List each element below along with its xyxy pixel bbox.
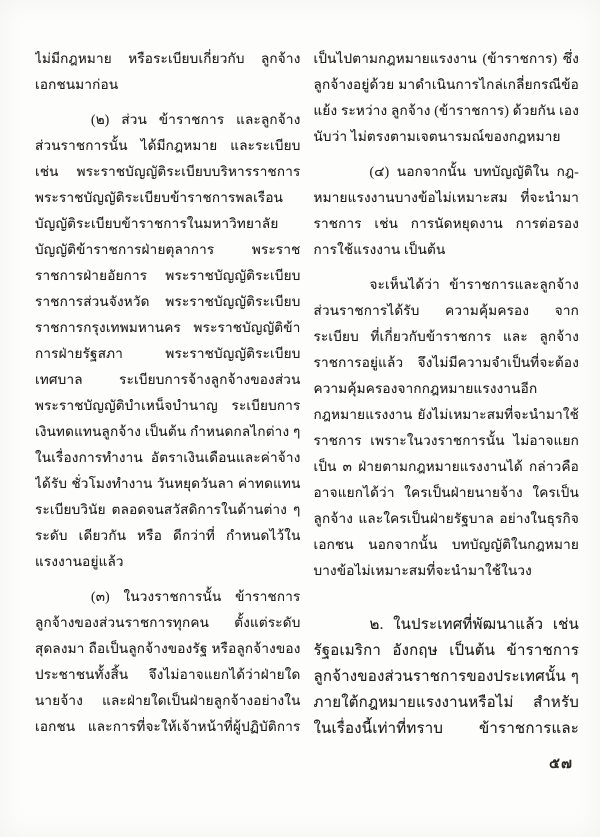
text-line: (๔) นอกจากนั้น บทบัญญัติใน กฎ-: [314, 159, 580, 185]
text-line: การใช้แรงงาน เป็นต้น: [314, 237, 580, 263]
text-line: ไม่มีกฎหมาย หรือระเบียบเกี่ยวกับ ลูกจ้าง…: [35, 46, 301, 72]
text-line: ในเรื่องการทำงาน อัตราเงินเดือนและค่าจ้า…: [35, 445, 301, 471]
text-line: เป็น ๓ ฝ่ายตามกฎหมายแรงงานได้ กล่าวคือ ไ…: [314, 454, 580, 480]
text-line: บัญญัติข้าราชการฝ่ายตุลาการ พระราชบัญญัต…: [35, 237, 301, 263]
text-line: (๓) ในวงราชการนั้น ข้าราชการและ: [35, 584, 301, 610]
text-line: ราชการส่วนจังหวัด พระราชบัญญัติระเบียบข้…: [35, 289, 301, 315]
text-line: จะเห็นได้ว่า ข้าราชการและลูกจ้างของ: [314, 272, 580, 298]
paragraph: ไม่มีกฎหมาย หรือระเบียบเกี่ยวกับ ลูกจ้าง…: [35, 46, 301, 98]
text-line: เงินทดแทนลูกจ้าง เป็นต้น กำหนดกลไกต่าง ๆ: [35, 419, 301, 445]
text-line: ได้รับ ชั่วโมงทำงาน วันหยุดวันลา ค่าทดแท…: [35, 471, 301, 497]
text-line: เอกชน นอกจากนั้น บทบัญญัติในกฎหมายแรงงาน: [314, 532, 580, 558]
text-line: ๒. ในประเทศที่พัฒนาแล้ว เช่น สห-: [314, 612, 580, 638]
text-line: ราชการกรุงเทพมหานคร พระราชบัญญัติข้าราช-: [35, 315, 301, 341]
text-line: นับว่า ไม่ตรงตามเจตนารมณ์ของกฎหมายแรงงาน: [314, 124, 580, 150]
text-line: บางข้อไม่เหมาะสมที่จะนำมาใช้ในวงราชการ: [314, 558, 580, 584]
text-line: การฝ่ายรัฐสภา พระราชบัญญัติระเบียบพนักงา…: [35, 341, 301, 367]
text-line: แรงงานอยู่แล้ว: [35, 549, 301, 575]
text-line: พระราชบัญญัติระเบียบข้าราชการพลเรือน พระ…: [35, 185, 301, 211]
text-line: ในเรื่องนี้เท่าที่ทราบ ข้าราชการและลูกจ้…: [314, 716, 580, 742]
text-line: ระดับ เดียวกัน หรือ ดีกว่าที่ กำหนดไว้ใน…: [35, 523, 301, 549]
left-column: ไม่มีกฎหมาย หรือระเบียบเกี่ยวกับ ลูกจ้าง…: [35, 46, 301, 742]
text-line: ความคุ้มครองจากกฎหมายแรงงานอีก นอกจากนั้…: [314, 376, 580, 402]
text-line: (๒) ส่วน ข้าราชการ และลูกจ้าง ของ: [35, 107, 301, 133]
text-line: เอกชนมาก่อน: [35, 72, 301, 98]
text-line: ลูกจ้าง และใครเป็นฝ่ายรัฐบาล อย่างในธุรก…: [314, 506, 580, 532]
text-line: ราชการ เช่น การนัดหยุดงาน การต่อรองเกี่ย…: [314, 211, 580, 237]
text-line: อาจแยกได้ว่า ใครเป็นฝ่ายนายจ้าง ใครเป็นฝ…: [314, 480, 580, 506]
text-line: ระเบียบวินัย ตลอดจนสวัสดิการในด้านต่าง ๆ…: [35, 497, 301, 523]
page-number: ๕๗: [549, 752, 589, 775]
paragraph: จะเห็นได้ว่า ข้าราชการและลูกจ้างของส่วนร…: [314, 272, 580, 584]
text-line: ราชการฝ่ายอัยการ พระราชบัญญัติระเบียบบริ…: [35, 263, 301, 289]
text-line: กฎหมายแรงงาน ยังไม่เหมาะสมที่จะนำมาใช้ใน…: [314, 402, 580, 428]
text-line: แย้ง ระหว่าง ลูกจ้าง (ข้าราชการ) ด้วยกัน…: [314, 98, 580, 124]
text-line: ราชการอยู่แล้ว จึงไม่มีความจำเป็นที่จะต้…: [314, 350, 580, 376]
text-line: ราชการ เพราะในวงราชการนั้น ไม่อาจแยกออก: [314, 428, 580, 454]
text-line: นายจ้าง และฝ่ายใดเป็นฝ่ายลูกจ้างอย่างในธ…: [35, 688, 301, 714]
text-line: ลูกจ้างของส่วนราชการของประเทศนั้น ๆ อยู่: [314, 664, 580, 690]
paragraph: (๓) ในวงราชการนั้น ข้าราชการและลูกจ้างขอ…: [35, 584, 301, 740]
scanned-document-page: ไม่มีกฎหมาย หรือระเบียบเกี่ยวกับ ลูกจ้าง…: [0, 0, 600, 837]
text-line: ลูกจ้างของส่วนราชการทุกคน ตั้งแต่ระดับบร…: [35, 610, 301, 636]
text-line: หมายแรงงานบางข้อไม่เหมาะสม ที่จะนำมาใช้ใ…: [314, 185, 580, 211]
text-line: ส่วนราชการได้รับ ความคุ้มครอง จากกฎหมาย …: [314, 298, 580, 324]
text-line: เช่น พระราชบัญญัติระเบียบบริหารราชการแผ่…: [35, 159, 301, 185]
text-columns: ไม่มีกฎหมาย หรือระเบียบเกี่ยวกับ ลูกจ้าง…: [35, 46, 579, 742]
paragraph: ๒. ในประเทศที่พัฒนาแล้ว เช่น สห-รัฐอเมริ…: [314, 612, 580, 742]
text-line: รัฐอเมริกา อังกฤษ เป็นต้น ข้าราชการและ: [314, 638, 580, 664]
text-line: ภายใต้กฎหมายแรงงานหรือไม่ สำหรับปัญหา: [314, 690, 580, 716]
right-column: เป็นไปตามกฎหมายแรงงาน (ข้าราชการ) ซึ่งเป…: [314, 46, 580, 742]
text-line: สุดลงมา ถือเป็นลูกจ้างของรัฐ หรือลูกจ้าง…: [35, 636, 301, 662]
text-line: ลูกจ้างอยู่ด้วย มาดำเนินการไกล่เกลี่ยกรณ…: [314, 72, 580, 98]
text-line: เป็นไปตามกฎหมายแรงงาน (ข้าราชการ) ซึ่งเป…: [314, 46, 580, 72]
text-line: เอกชน และการที่จะให้เจ้าหน้าที่ผู้ปฏิบัต…: [35, 714, 301, 740]
paragraph: เป็นไปตามกฎหมายแรงงาน (ข้าราชการ) ซึ่งเป…: [314, 46, 580, 150]
text-line: พระราชบัญญัติบำเหน็จบำนาญ ระเบียบการจ่าย: [35, 393, 301, 419]
paragraph: (๔) นอกจากนั้น บทบัญญัติใน กฎ-หมายแรงงาน…: [314, 159, 580, 263]
paragraph: (๒) ส่วน ข้าราชการ และลูกจ้าง ของส่วนราช…: [35, 107, 301, 575]
text-line: บัญญัติระเบียบข้าราชการในมหาวิทยาลัย พระ…: [35, 211, 301, 237]
text-line: ระเบียบ ที่เกี่ยวกับข้าราชการ และ ลูกจ้า…: [314, 324, 580, 350]
text-line: เทศบาล ระเบียบการจ้างลูกจ้างของส่วนราชกา…: [35, 367, 301, 393]
text-line: ประชาชนทั้งสิ้น จึงไม่อาจแยกได้ว่าฝ่ายใด…: [35, 662, 301, 688]
text-line: ส่วนราชการนั้น ได้มีกฎหมาย และระเบียบ ต่…: [35, 133, 301, 159]
